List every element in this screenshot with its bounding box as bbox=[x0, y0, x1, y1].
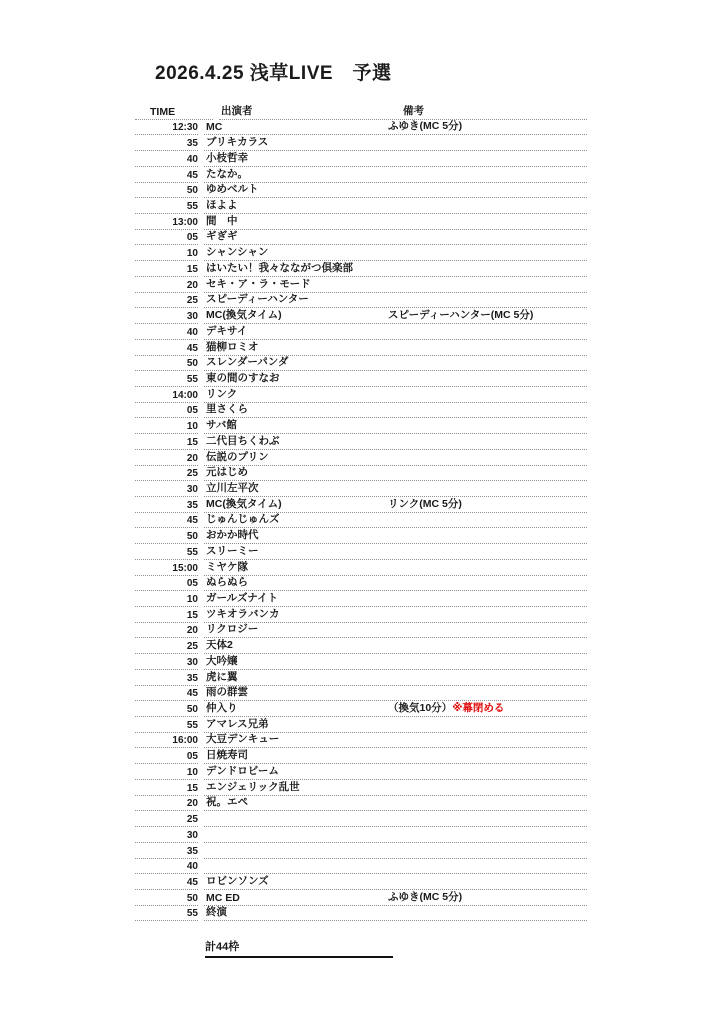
row-main: 天体2 bbox=[204, 637, 587, 654]
row-performer: ギぎギ bbox=[204, 228, 388, 243]
row-main: 日焼寿司 bbox=[204, 747, 587, 764]
row-performer: ツキオラバンカ bbox=[204, 606, 388, 621]
row-performer: じゅんじゅんズ bbox=[204, 511, 388, 526]
row-performer: ゆめベルト bbox=[204, 181, 388, 196]
row-performer: たなか。 bbox=[204, 166, 388, 181]
row-main: デンドロビーム bbox=[204, 763, 587, 780]
row-performer: はいたい！我々なながつ倶楽部 bbox=[204, 260, 388, 275]
schedule-table-body: 12:30MCふゆき(MC 5分)35ブリキカラス40小枝哲幸45たなか。50ゆ… bbox=[135, 120, 587, 922]
header-main: 出演者 備考 bbox=[219, 103, 587, 120]
row-time: 25 bbox=[135, 295, 198, 308]
table-row: 50MC EDふゆき(MC 5分) bbox=[135, 890, 587, 906]
row-time: 45 bbox=[135, 877, 198, 890]
table-row: 16:00大豆デンキュー bbox=[135, 733, 587, 749]
row-performer: ブリキカラス bbox=[204, 134, 388, 149]
row-main: スピーディーハンター bbox=[204, 291, 587, 308]
row-time: 25 bbox=[135, 468, 198, 481]
row-time: 12:30 bbox=[135, 122, 198, 135]
row-main: 東の間のすなお bbox=[204, 370, 587, 387]
table-row: 25元はじめ bbox=[135, 466, 587, 482]
row-time: 05 bbox=[135, 405, 198, 418]
table-row: 55スリーミー bbox=[135, 544, 587, 560]
table-row: 15:00ミヤケ隊 bbox=[135, 560, 587, 576]
row-time: 35 bbox=[135, 673, 198, 686]
row-main: じゅんじゅんズ bbox=[204, 511, 587, 528]
table-row: 25天体2 bbox=[135, 638, 587, 654]
table-row: 20セキ・ア・ラ・モード bbox=[135, 277, 587, 293]
row-performer: 大豆デンキュー bbox=[204, 731, 388, 746]
table-row: 55ほよよ bbox=[135, 198, 587, 214]
row-time: 35 bbox=[135, 846, 198, 859]
row-time: 45 bbox=[135, 688, 198, 701]
row-time: 55 bbox=[135, 201, 198, 214]
row-performer: MC ED bbox=[204, 892, 388, 904]
row-time: 14:00 bbox=[135, 390, 198, 403]
row-performer: 間 中 bbox=[204, 213, 388, 228]
row-time: 55 bbox=[135, 720, 198, 733]
table-row: 14:00リンク bbox=[135, 387, 587, 403]
row-main: 大吟嬢 bbox=[204, 653, 587, 670]
table-row: 15ツキオラバンカ bbox=[135, 607, 587, 623]
row-performer: デキサイ bbox=[204, 323, 388, 338]
table-row: 05ぬらぬら bbox=[135, 576, 587, 592]
row-time: 10 bbox=[135, 767, 198, 780]
row-time: 55 bbox=[135, 374, 198, 387]
row-remarks-text: ふゆき(MC 5分) bbox=[388, 891, 462, 903]
row-main: ロビンソンズ bbox=[204, 873, 587, 890]
row-remarks-text: ふゆき(MC 5分) bbox=[388, 120, 462, 132]
table-row: 25スピーディーハンター bbox=[135, 293, 587, 309]
row-main: MCふゆき(MC 5分) bbox=[204, 118, 587, 135]
row-main: ぬらぬら bbox=[204, 574, 587, 591]
row-main: たなか。 bbox=[204, 166, 587, 183]
row-performer: 仲入り bbox=[204, 700, 388, 715]
row-time: 10 bbox=[135, 421, 198, 434]
row-time: 10 bbox=[135, 594, 198, 607]
row-time: 45 bbox=[135, 515, 198, 528]
table-row: 55東の間のすなお bbox=[135, 371, 587, 387]
table-row: 45ロビンソンズ bbox=[135, 874, 587, 890]
schedule-table: TIME 出演者 備考 12:30MCふゆき(MC 5分)35ブリキカラス40小… bbox=[135, 104, 587, 921]
row-remarks: リンク(MC 5分) bbox=[388, 496, 587, 511]
table-row: 35虎に翼 bbox=[135, 670, 587, 686]
table-row: 35MC(換気タイム)リンク(MC 5分) bbox=[135, 497, 587, 513]
row-time: 55 bbox=[135, 547, 198, 560]
row-performer: 二代目ちくわぶ bbox=[204, 433, 388, 448]
table-row: 30立川左平次 bbox=[135, 481, 587, 497]
row-time: 20 bbox=[135, 453, 198, 466]
row-performer: デンドロビーム bbox=[204, 763, 388, 778]
row-time: 15 bbox=[135, 610, 198, 623]
header-time: TIME bbox=[135, 106, 213, 120]
row-performer: ほよよ bbox=[204, 197, 388, 212]
row-performer: エンジェリック乱世 bbox=[204, 779, 388, 794]
row-main: セキ・ア・ラ・モード bbox=[204, 276, 587, 293]
row-remarks: スピーディーハンター(MC 5分) bbox=[388, 307, 587, 322]
row-main: 大豆デンキュー bbox=[204, 731, 587, 748]
table-row: 30 bbox=[135, 827, 587, 843]
row-remarks: （換気10分）※幕閉める bbox=[388, 700, 587, 715]
row-main: 虎に翼 bbox=[204, 669, 587, 686]
row-performer: サバ館 bbox=[204, 417, 388, 432]
row-time: 15:00 bbox=[135, 563, 198, 576]
row-remarks: ふゆき(MC 5分) bbox=[388, 889, 587, 904]
row-time: 15 bbox=[135, 264, 198, 277]
row-main: ガールズナイト bbox=[204, 590, 587, 607]
table-row: 35 bbox=[135, 843, 587, 859]
row-main: 里さくら bbox=[204, 401, 587, 418]
row-main: 立川左平次 bbox=[204, 480, 587, 497]
row-performer: 終演 bbox=[204, 904, 388, 919]
row-time: 40 bbox=[135, 154, 198, 167]
row-main: MC(換気タイム)スピーディーハンター(MC 5分) bbox=[204, 307, 587, 324]
row-main bbox=[204, 841, 587, 843]
row-performer: 里さくら bbox=[204, 401, 388, 416]
row-time: 50 bbox=[135, 893, 198, 906]
row-performer: MC bbox=[204, 121, 388, 133]
row-main: ミヤケ隊 bbox=[204, 559, 587, 576]
table-row: 20リクロジー bbox=[135, 623, 587, 639]
row-performer: 伝説のプリン bbox=[204, 449, 388, 464]
row-performer: スピーディーハンター bbox=[204, 291, 388, 306]
row-time: 30 bbox=[135, 484, 198, 497]
row-time: 40 bbox=[135, 327, 198, 340]
table-row: 10ガールズナイト bbox=[135, 591, 587, 607]
row-time: 45 bbox=[135, 170, 198, 183]
row-main: 伝説のプリン bbox=[204, 449, 587, 466]
row-main: 元はじめ bbox=[204, 464, 587, 481]
table-row: 05里さくら bbox=[135, 403, 587, 419]
table-row: 13:00間 中 bbox=[135, 214, 587, 230]
row-performer: MC(換気タイム) bbox=[204, 307, 388, 322]
row-time: 13:00 bbox=[135, 217, 198, 230]
row-time: 50 bbox=[135, 704, 198, 717]
table-row: 10デンドロビーム bbox=[135, 764, 587, 780]
row-time: 05 bbox=[135, 578, 198, 591]
row-time: 30 bbox=[135, 657, 198, 670]
table-row: 45雨の群雲 bbox=[135, 686, 587, 702]
table-row: 20伝説のプリン bbox=[135, 450, 587, 466]
table-row: 25 bbox=[135, 811, 587, 827]
row-time: 50 bbox=[135, 531, 198, 544]
row-time: 15 bbox=[135, 437, 198, 450]
row-performer: リクロジー bbox=[204, 621, 388, 636]
table-row: 05ギぎギ bbox=[135, 230, 587, 246]
row-performer: 元はじめ bbox=[204, 464, 388, 479]
row-main: 終演 bbox=[204, 904, 587, 921]
row-performer: 虎に翼 bbox=[204, 669, 388, 684]
table-row: 45じゅんじゅんズ bbox=[135, 513, 587, 529]
row-time: 05 bbox=[135, 232, 198, 245]
table-row: 55アマレス兄弟 bbox=[135, 717, 587, 733]
row-main: 二代目ちくわぶ bbox=[204, 433, 587, 450]
row-performer: ロビンソンズ bbox=[204, 873, 388, 888]
table-row: 40小枝哲幸 bbox=[135, 151, 587, 167]
table-row: 30MC(換気タイム)スピーディーハンター(MC 5分) bbox=[135, 308, 587, 324]
table-row: 20祝。エペ bbox=[135, 796, 587, 812]
row-time: 35 bbox=[135, 138, 198, 151]
table-header-row: TIME 出演者 備考 bbox=[135, 104, 587, 120]
row-performer: おかか時代 bbox=[204, 527, 388, 542]
row-main: はいたい！我々なながつ倶楽部 bbox=[204, 260, 587, 277]
page-title: 2026.4.25 浅草LIVE 予選 bbox=[155, 58, 392, 85]
row-main: リンク bbox=[204, 386, 587, 403]
row-time: 10 bbox=[135, 248, 198, 261]
row-main: おかか時代 bbox=[204, 527, 587, 544]
row-time: 40 bbox=[135, 861, 198, 874]
row-remarks-alert: ※幕閉める bbox=[452, 702, 504, 714]
table-row: 15二代目ちくわぶ bbox=[135, 434, 587, 450]
table-row: 40デキサイ bbox=[135, 324, 587, 340]
row-performer: MC(換気タイム) bbox=[204, 496, 388, 511]
row-performer: ミヤケ隊 bbox=[204, 559, 388, 574]
header-performer: 出演者 bbox=[219, 103, 403, 118]
row-main: エンジェリック乱世 bbox=[204, 779, 587, 796]
row-main: 猫柳ロミオ bbox=[204, 339, 587, 356]
row-main bbox=[204, 825, 587, 827]
row-performer: 天体2 bbox=[204, 637, 388, 652]
row-performer: 日焼寿司 bbox=[204, 747, 388, 762]
row-main: アマレス兄弟 bbox=[204, 716, 587, 733]
table-row: 05日焼寿司 bbox=[135, 748, 587, 764]
row-performer: 小枝哲幸 bbox=[204, 150, 388, 165]
row-time: 15 bbox=[135, 783, 198, 796]
row-main: ツキオラバンカ bbox=[204, 606, 587, 623]
table-row: 55終演 bbox=[135, 906, 587, 922]
row-time: 20 bbox=[135, 625, 198, 638]
row-performer: ぬらぬら bbox=[204, 574, 388, 589]
table-row: 12:30MCふゆき(MC 5分) bbox=[135, 120, 587, 136]
table-row: 35ブリキカラス bbox=[135, 135, 587, 151]
table-row: 10シャンシャン bbox=[135, 245, 587, 261]
row-time: 25 bbox=[135, 641, 198, 654]
row-main bbox=[204, 857, 587, 859]
row-performer: セキ・ア・ラ・モード bbox=[204, 276, 388, 291]
row-time: 35 bbox=[135, 500, 198, 513]
table-row: 45たなか。 bbox=[135, 167, 587, 183]
row-performer: 祝。エペ bbox=[204, 794, 388, 809]
row-main: ギぎギ bbox=[204, 228, 587, 245]
row-time: 05 bbox=[135, 751, 198, 764]
table-row: 15はいたい！我々なながつ倶楽部 bbox=[135, 261, 587, 277]
row-time: 45 bbox=[135, 343, 198, 356]
row-time: 20 bbox=[135, 280, 198, 293]
row-performer: アマレス兄弟 bbox=[204, 716, 388, 731]
row-time: 25 bbox=[135, 814, 198, 827]
row-performer: ガールズナイト bbox=[204, 590, 388, 605]
row-performer: シャンシャン bbox=[204, 244, 388, 259]
row-remarks-text: （換気10分） bbox=[388, 702, 452, 714]
row-main: リクロジー bbox=[204, 621, 587, 638]
row-performer: 大吟嬢 bbox=[204, 653, 388, 668]
row-remarks: ふゆき(MC 5分) bbox=[388, 118, 587, 133]
row-main: MC EDふゆき(MC 5分) bbox=[204, 889, 587, 906]
row-performer: スリーミー bbox=[204, 543, 388, 558]
row-main: ほよよ bbox=[204, 197, 587, 214]
row-main: スリーミー bbox=[204, 543, 587, 560]
total-slots-label: 計44枠 bbox=[205, 938, 393, 958]
table-row: 10サバ館 bbox=[135, 418, 587, 434]
table-row: 15エンジェリック乱世 bbox=[135, 780, 587, 796]
header-remarks: 備考 bbox=[403, 103, 587, 118]
row-main: シャンシャン bbox=[204, 244, 587, 261]
row-time: 30 bbox=[135, 830, 198, 843]
table-row: 45猫柳ロミオ bbox=[135, 340, 587, 356]
row-performer: 東の間のすなお bbox=[204, 370, 388, 385]
row-main: ゆめベルト bbox=[204, 181, 587, 198]
row-performer: 猫柳ロミオ bbox=[204, 339, 388, 354]
row-main: 間 中 bbox=[204, 213, 587, 230]
table-row: 50おかか時代 bbox=[135, 528, 587, 544]
row-main: デキサイ bbox=[204, 323, 587, 340]
row-remarks-text: リンク(MC 5分) bbox=[388, 498, 462, 510]
row-time: 55 bbox=[135, 908, 198, 921]
table-row: 30大吟嬢 bbox=[135, 654, 587, 670]
row-main: 小枝哲幸 bbox=[204, 150, 587, 167]
table-row: 50スレンダーパンダ bbox=[135, 356, 587, 372]
row-main: MC(換気タイム)リンク(MC 5分) bbox=[204, 496, 587, 513]
row-performer: スレンダーパンダ bbox=[204, 354, 388, 369]
table-row: 50仲入り（換気10分）※幕閉める bbox=[135, 701, 587, 717]
row-main: 仲入り（換気10分）※幕閉める bbox=[204, 700, 587, 717]
row-performer: 雨の群雲 bbox=[204, 684, 388, 699]
row-time: 20 bbox=[135, 798, 198, 811]
row-main: サバ館 bbox=[204, 417, 587, 434]
row-main: スレンダーパンダ bbox=[204, 354, 587, 371]
row-time: 50 bbox=[135, 185, 198, 198]
row-main: 雨の群雲 bbox=[204, 684, 587, 701]
table-row: 40 bbox=[135, 859, 587, 875]
row-performer: 立川左平次 bbox=[204, 480, 388, 495]
row-time: 30 bbox=[135, 311, 198, 324]
row-performer: リンク bbox=[204, 386, 388, 401]
row-main: ブリキカラス bbox=[204, 134, 587, 151]
row-time: 16:00 bbox=[135, 735, 198, 748]
row-remarks-text: スピーディーハンター(MC 5分) bbox=[388, 309, 533, 321]
table-row: 50ゆめベルト bbox=[135, 183, 587, 199]
row-time: 50 bbox=[135, 358, 198, 371]
row-main: 祝。エペ bbox=[204, 794, 587, 811]
